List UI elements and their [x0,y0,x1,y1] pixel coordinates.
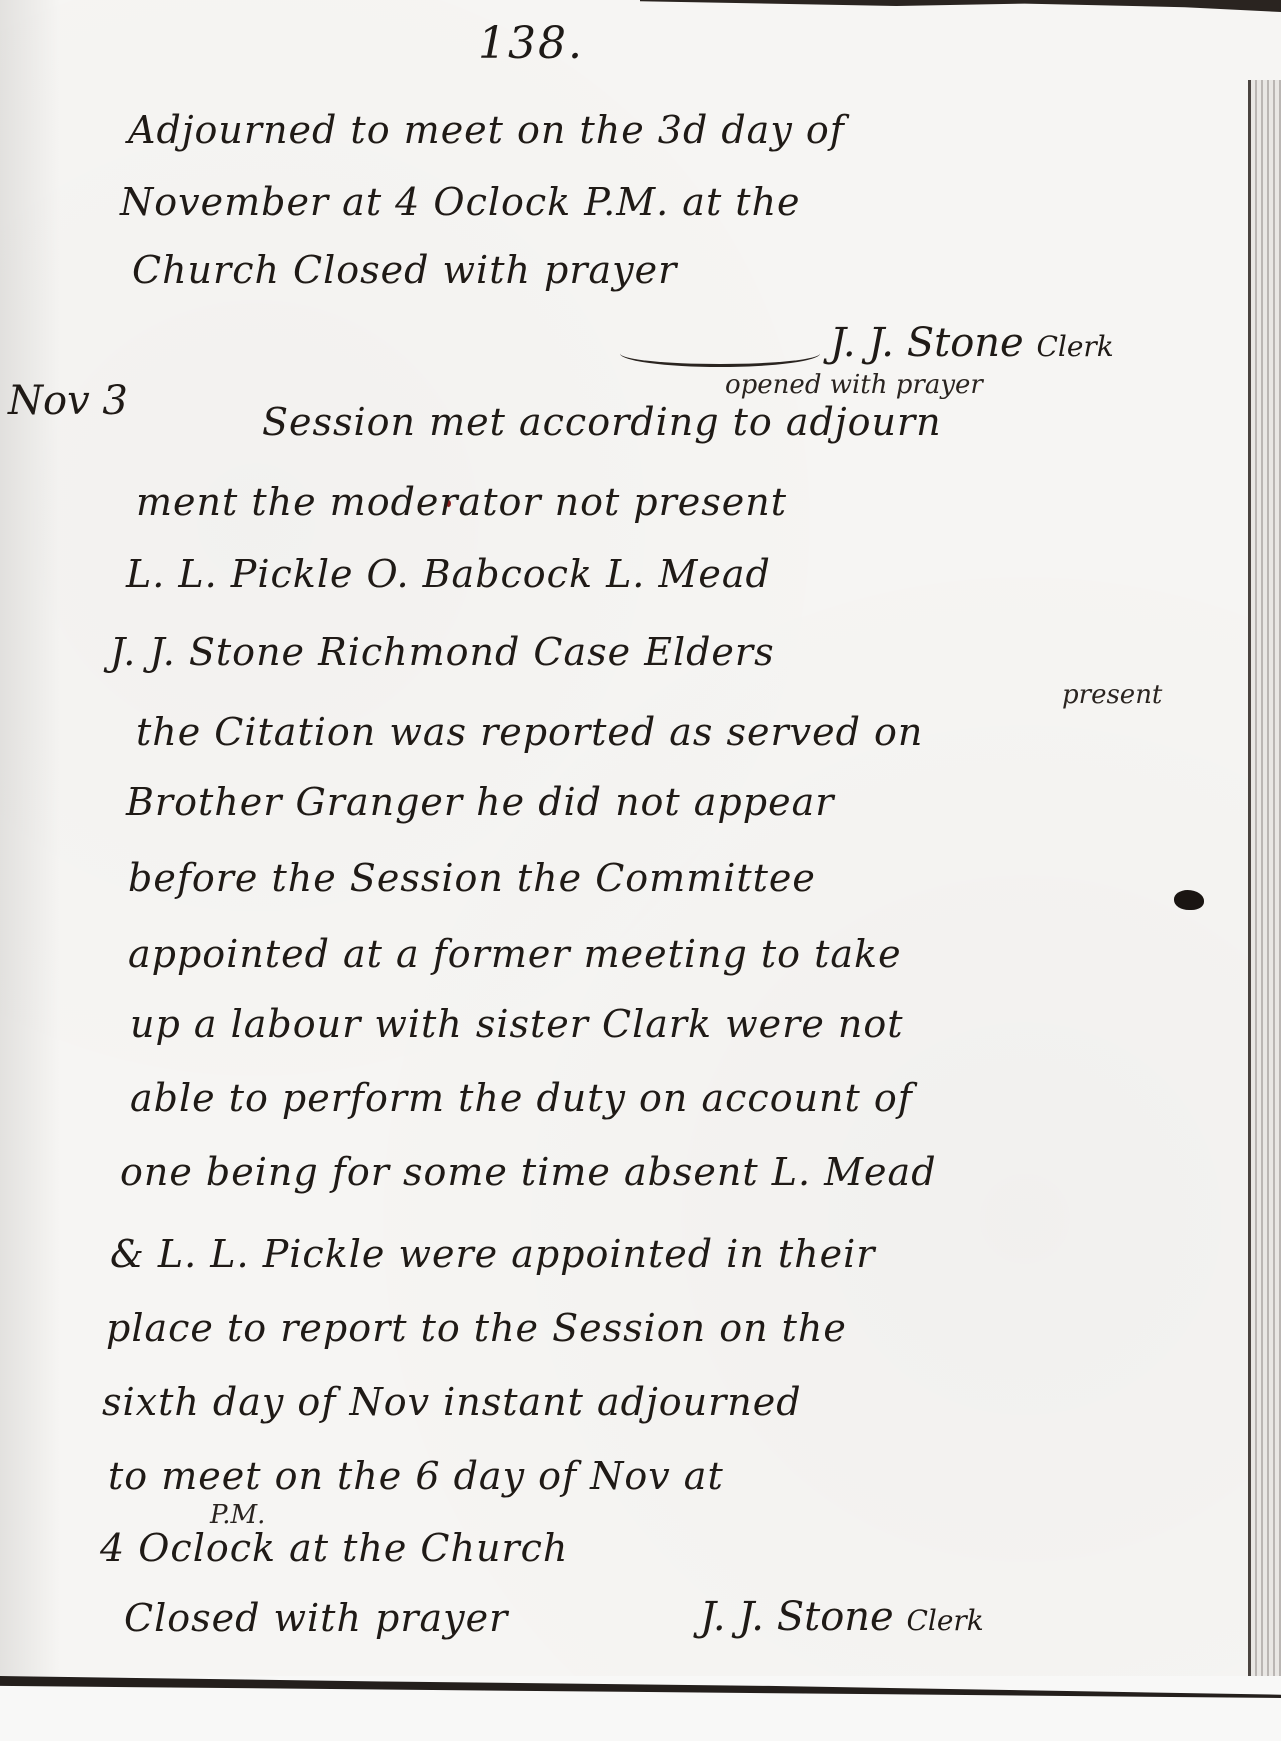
entry-line-7: before the Session the Committee [128,856,816,900]
page-number: 138. [478,18,584,69]
entry-line-8: appointed at a former meeting to take [128,932,902,976]
entry-line-15: to meet on the 6 day of Nov at [108,1454,724,1498]
book-binding-edge [1248,80,1281,1680]
margin-date: Nov 3 [8,378,128,424]
entry-line-3: L. L. Pickle O. Babcock L. Mead [126,552,771,596]
signature-flourish [620,340,820,367]
interlinear-insertion: opened with prayer [725,370,983,400]
signature-name: J. J. Stone [700,1594,894,1640]
entry-signature: J. J. Stone Clerk [700,1594,984,1640]
ink-blot [1174,890,1204,910]
prev-entry-line-2: November at 4 Oclock P.M. at the [120,180,801,224]
manuscript-page: 138. Adjourned to meet on the 3d day of … [0,0,1281,1741]
prev-entry-line-3: Church Closed with prayer [132,248,677,292]
page-gutter-shadow [0,0,60,1741]
bottom-page-edge [0,1676,1281,1741]
entry-line-10: able to perform the duty on account of [130,1076,913,1120]
entry-line-9: up a labour with sister Clark were not [130,1002,904,1046]
entry-line-4: J. J. Stone Richmond Case Elders [110,630,775,674]
entry-line-16: 4 Oclock at the Church [100,1526,568,1570]
entry-line-1: Session met according to adjourn [262,400,942,444]
signature-title: Clerk [906,1604,983,1637]
entry-line-5: the Citation was reported as served on [136,710,923,754]
entry-line-2: ment the moderator not present [136,480,787,524]
top-page-edge [640,0,1281,12]
interlinear-present: present [1062,680,1162,710]
prev-entry-line-1: Adjourned to meet on the 3d day of [128,108,845,152]
signature-title: Clerk [1036,330,1113,363]
entry-line-17: Closed with prayer [124,1596,508,1640]
entry-line-14: sixth day of Nov instant adjourned [102,1380,802,1424]
entry-line-6: Brother Granger he did not appear [126,780,834,824]
prev-entry-signature: J. J. Stone Clerk [830,320,1114,366]
entry-line-13: place to report to the Session on the [106,1306,847,1350]
entry-line-12: & L. L. Pickle were appointed in their [110,1232,875,1276]
signature-name: J. J. Stone [830,320,1024,366]
entry-line-11: one being for some time absent L. Mead [120,1150,937,1194]
